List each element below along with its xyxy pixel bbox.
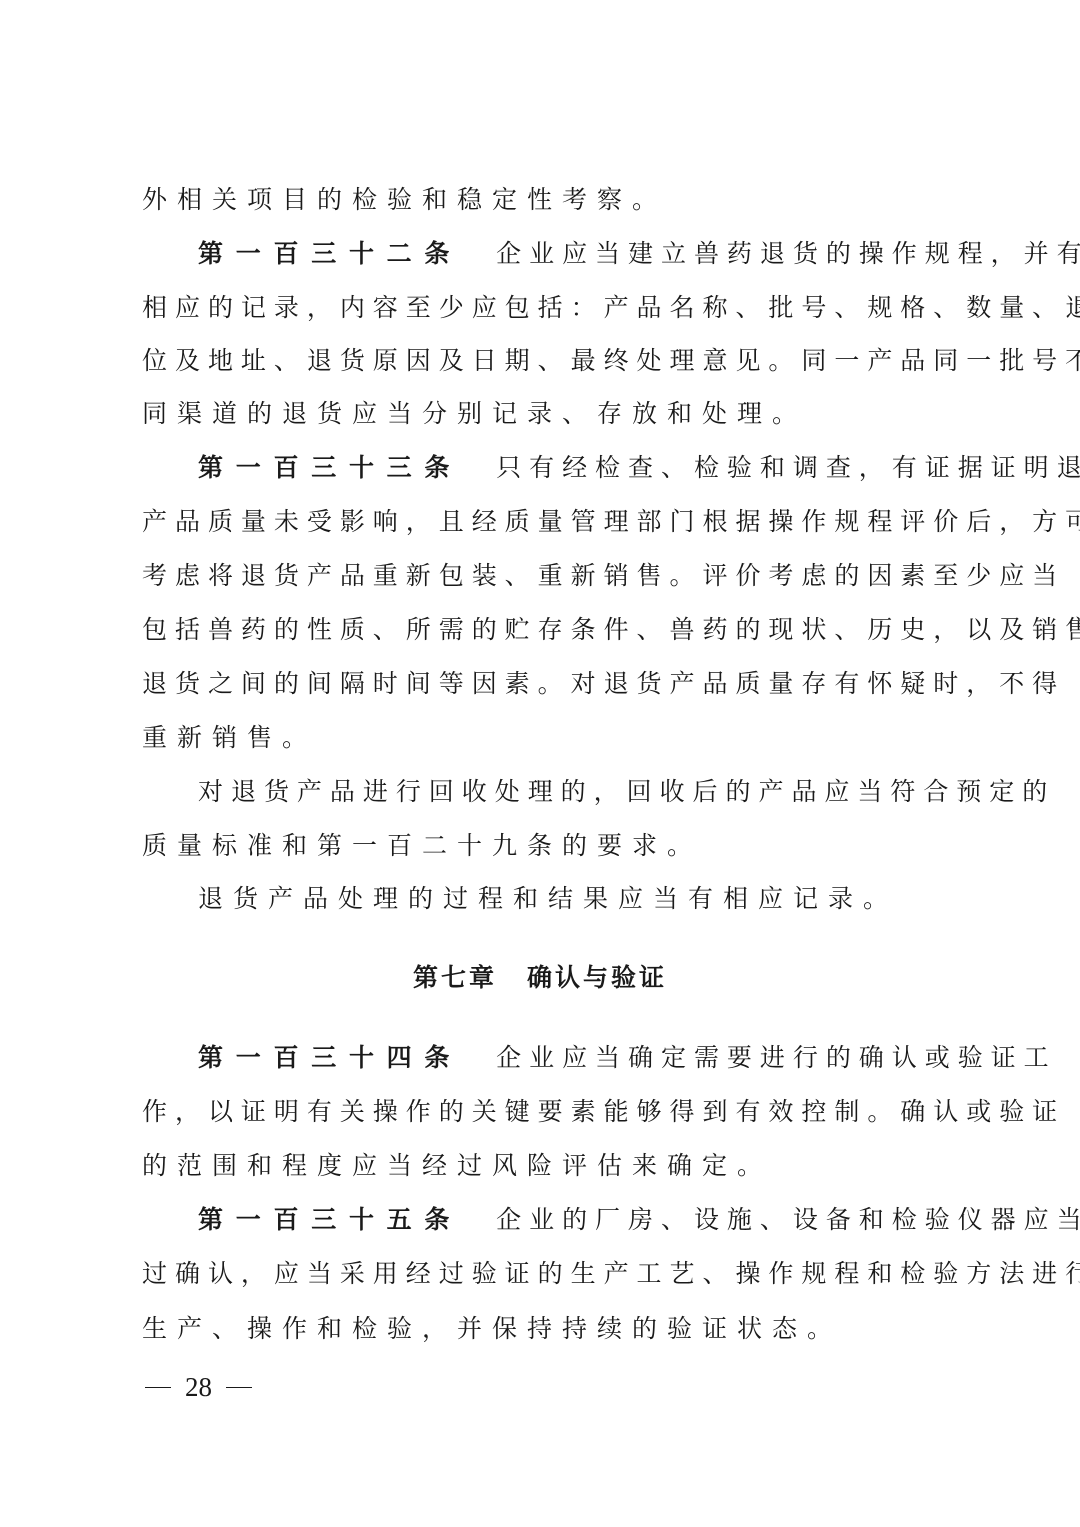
line-text: 企 业 应 当 确 定 需 要 进 行 的 确 认 或 验 证 工 <box>496 1043 1049 1072</box>
article-title: 第 一 百 三 十 三 条 <box>198 453 462 482</box>
line-text: 产 品 质 量 未 受 影 响 ， 且 经 质 量 管 理 部 门 根 据 操 … <box>142 507 1080 536</box>
text-line: 位 及 地 址 、 退 货 原 因 及 日 期 、 最 终 处 理 意 见 。 … <box>142 341 938 381</box>
line-text: 同渠道的退货应当分别记录、存放和处理。 <box>142 399 807 428</box>
line-text: 退货产品处理的过程和结果应当有相应记录。 <box>198 884 898 913</box>
chapter-number: 第七章 <box>413 963 497 992</box>
text-line: 同渠道的退货应当分别记录、存放和处理。 <box>142 394 938 434</box>
text-line: 质量标准和第一百二十九条的要求。 <box>142 826 938 866</box>
line-text: 企 业 应 当 建 立 兽 药 退 货 的 操 作 规 程 ， 并 有 <box>496 239 1080 268</box>
chapter-heading: 第七章确认与验证 <box>0 958 1080 994</box>
text-line: 过 确 认 ， 应 当 采 用 经 过 验 证 的 生 产 工 艺 、 操 作 … <box>142 1254 938 1294</box>
text-line: 相 应 的 记 录 ， 内 容 至 少 应 包 括 ： 产 品 名 称 、 批 … <box>142 288 938 328</box>
line-text: 外相关项目的检验和稳定性考察。 <box>142 185 667 214</box>
line-text: 质量标准和第一百二十九条的要求。 <box>142 831 702 860</box>
chapter-title: 确认与验证 <box>527 963 667 992</box>
text-line: 退货产品处理的过程和结果应当有相应记录。 <box>198 879 938 919</box>
article-title: 第 一 百 三 十 二 条 <box>198 239 462 268</box>
article-135-first-line: 第 一 百 三 十 五 条 企 业 的 厂 房 、 设 施 、 设 备 和 检 … <box>198 1200 938 1240</box>
text-line: 外相关项目的检验和稳定性考察。 <box>142 180 938 220</box>
article-title: 第 一 百 三 十 五 条 <box>198 1205 462 1234</box>
line-text: 相 应 的 记 录 ， 内 容 至 少 应 包 括 ： 产 品 名 称 、 批 … <box>142 293 1080 322</box>
text-line: 包 括 兽 药 的 性 质 、 所 需 的 贮 存 条 件 、 兽 药 的 现 … <box>142 610 938 650</box>
text-line: 重新销售。 <box>142 718 938 758</box>
text-line: 产 品 质 量 未 受 影 响 ， 且 经 质 量 管 理 部 门 根 据 操 … <box>142 502 938 542</box>
text-line: 生产、操作和检验，并保持持续的验证状态。 <box>142 1309 938 1349</box>
line-text: 包 括 兽 药 的 性 质 、 所 需 的 贮 存 条 件 、 兽 药 的 现 … <box>142 615 1080 644</box>
line-text: 重新销售。 <box>142 723 317 752</box>
text-line: 对 退 货 产 品 进 行 回 收 处 理 的 ， 回 收 后 的 产 品 应 … <box>198 772 938 812</box>
article-title: 第 一 百 三 十 四 条 <box>198 1043 462 1072</box>
article-133-first-line: 第 一 百 三 十 三 条 只 有 经 检 查 、 检 验 和 调 查 ， 有 … <box>198 448 938 488</box>
dash-left <box>145 1387 171 1388</box>
line-text: 退 货 之 间 的 间 隔 时 间 等 因 素 。 对 退 货 产 品 质 量 … <box>142 669 1057 698</box>
text-line: 考 虑 将 退 货 产 品 重 新 包 装 、 重 新 销 售 。 评 价 考 … <box>142 556 938 596</box>
line-text: 作 ， 以 证 明 有 关 操 作 的 关 键 要 素 能 够 得 到 有 效 … <box>142 1097 1057 1126</box>
line-text: 考 虑 将 退 货 产 品 重 新 包 装 、 重 新 销 售 。 评 价 考 … <box>142 561 1057 590</box>
text-line: 的范围和程度应当经过风险评估来确定。 <box>142 1146 938 1186</box>
line-text: 生产、操作和检验，并保持持续的验证状态。 <box>142 1314 842 1343</box>
line-text: 的范围和程度应当经过风险评估来确定。 <box>142 1151 772 1180</box>
line-text: 企 业 的 厂 房 、 设 施 、 设 备 和 检 验 仪 器 应 当 经 <box>496 1205 1080 1234</box>
line-text: 过 确 认 ， 应 当 采 用 经 过 验 证 的 生 产 工 艺 、 操 作 … <box>142 1259 1080 1288</box>
line-text: 位 及 地 址 、 退 货 原 因 及 日 期 、 最 终 处 理 意 见 。 … <box>142 346 1080 375</box>
page-number: 28 <box>145 1372 252 1403</box>
article-134-first-line: 第 一 百 三 十 四 条 企 业 应 当 确 定 需 要 进 行 的 确 认 … <box>198 1038 938 1078</box>
text-line: 退 货 之 间 的 间 隔 时 间 等 因 素 。 对 退 货 产 品 质 量 … <box>142 664 938 704</box>
article-132-first-line: 第 一 百 三 十 二 条 企 业 应 当 建 立 兽 药 退 货 的 操 作 … <box>198 234 938 274</box>
text-line: 作 ， 以 证 明 有 关 操 作 的 关 键 要 素 能 够 得 到 有 效 … <box>142 1092 938 1132</box>
line-text: 对 退 货 产 品 进 行 回 收 处 理 的 ， 回 收 后 的 产 品 应 … <box>198 777 1047 806</box>
page-number-text: 28 <box>185 1372 212 1403</box>
line-text: 只 有 经 检 查 、 检 验 和 调 查 ， 有 证 据 证 明 退 货 <box>496 453 1080 482</box>
dash-right <box>226 1387 252 1388</box>
